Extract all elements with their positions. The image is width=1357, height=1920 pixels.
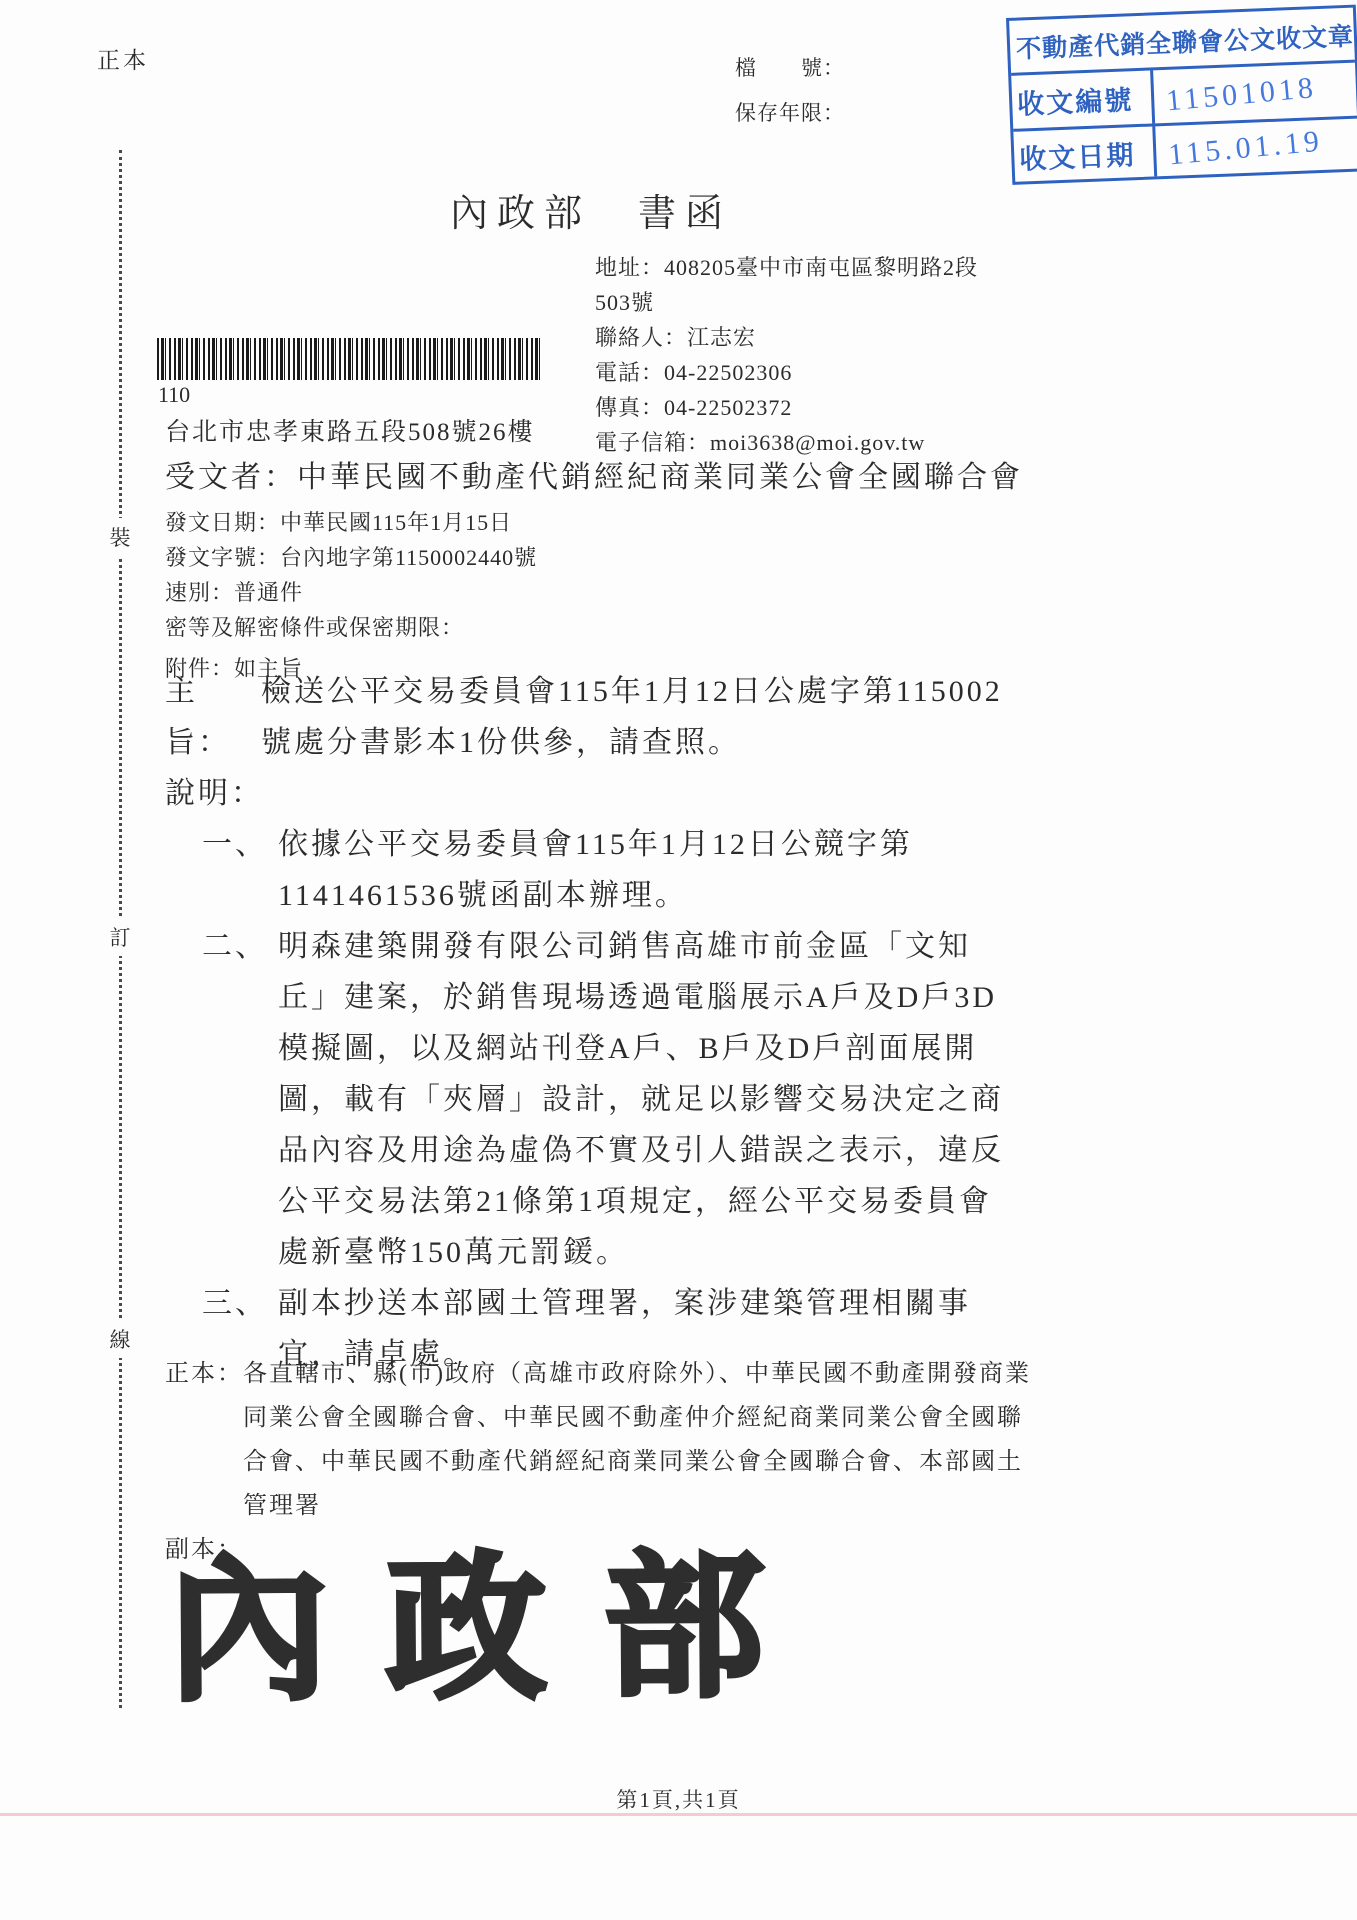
subject-text: 檢送公平交易委員會115年1月12日公處字第115002號處分書影本1份供參，請…	[261, 666, 1013, 768]
document-meta: 發文日期：中華民國115年1月15日 發文字號：台內地字第1150002440號…	[165, 505, 537, 686]
postal-code: 110	[158, 382, 190, 408]
sender-info: 地址：408205臺中市南屯區黎明路2段503號 聯絡人：江志宏 電話：04-2…	[595, 250, 997, 460]
explanation-items: 一、 依據公平交易委員會115年1月12日公競字第1141461536號函副本辦…	[165, 819, 1013, 1380]
receipt-number-label: 收文編號	[1011, 70, 1155, 128]
receipt-date-label: 收文日期	[1013, 126, 1157, 181]
item-number: 一、	[202, 819, 278, 921]
agency-seal-stamp: 內政部	[167, 1500, 823, 1730]
item-text: 明森建築開發有限公司銷售高雄市前金區「文知丘」建案，於銷售現場透過電腦展示A戶及…	[278, 921, 1013, 1278]
mailing-barcode	[157, 338, 543, 380]
file-labels: 檔 號： 保存年限：	[735, 46, 845, 136]
item-number: 二、	[202, 921, 278, 1278]
subject-paragraph: 主旨： 檢送公平交易委員會115年1月12日公處字第115002號處分書影本1份…	[165, 666, 1013, 768]
binding-mark-ding: 訂	[105, 918, 135, 956]
explanation-item-2: 二、 明森建築開發有限公司銷售高雄市前金區「文知丘」建案，於銷售現場透過電腦展示…	[202, 921, 1013, 1278]
copy-type-label: 正本	[97, 42, 149, 75]
binding-mark-zhuang: 裝	[105, 518, 135, 556]
sender-address: 地址：408205臺中市南屯區黎明路2段503號	[595, 250, 997, 320]
document-title: 內政部 書函	[450, 182, 732, 237]
issue-date: 發文日期：中華民國115年1月15日	[165, 505, 537, 540]
page-number: 第1頁,共1頁	[0, 1784, 1357, 1814]
recipient-line: 受文者：中華民國不動產代銷經紀商業同業公會全國聯合會	[165, 452, 1023, 496]
scan-artifact-line	[0, 1813, 1357, 1816]
speed-class: 速別：普通件	[165, 575, 537, 610]
recipient-street: 台北市忠孝東路五段508號26樓	[165, 412, 535, 448]
receipt-stamp: 不動產代銷全聯會公文收文章 收文編號 11501018 收文日期 115.01.…	[1006, 5, 1357, 185]
subject-label: 主旨：	[165, 666, 261, 768]
explanation-item-1: 一、 依據公平交易委員會115年1月12日公競字第1141461536號函副本辦…	[202, 819, 1013, 921]
retention-period-label: 保存年限：	[735, 91, 845, 136]
file-number-label: 檔 號：	[735, 46, 845, 91]
explanation-label: 說明：	[165, 768, 1013, 819]
security-class: 密等及解密條件或保密期限：	[165, 610, 537, 645]
sender-fax: 傳真：04-22502372	[595, 390, 997, 425]
sender-contact: 聯絡人：江志宏	[595, 320, 997, 355]
letter-body: 主旨： 檢送公平交易委員會115年1月12日公處字第115002號處分書影本1份…	[165, 666, 1013, 1380]
binding-mark-xian: 線	[105, 1320, 135, 1358]
sender-phone: 電話：04-22502306	[595, 355, 997, 390]
issue-number: 發文字號：台內地字第1150002440號	[165, 540, 537, 575]
original-label: 正本：	[165, 1352, 243, 1528]
item-text: 依據公平交易委員會115年1月12日公競字第1141461536號函副本辦理。	[278, 819, 1013, 921]
document-page: 正本 檔 號： 保存年限： 不動產代銷全聯會公文收文章 收文編號 1150101…	[0, 0, 1357, 1920]
